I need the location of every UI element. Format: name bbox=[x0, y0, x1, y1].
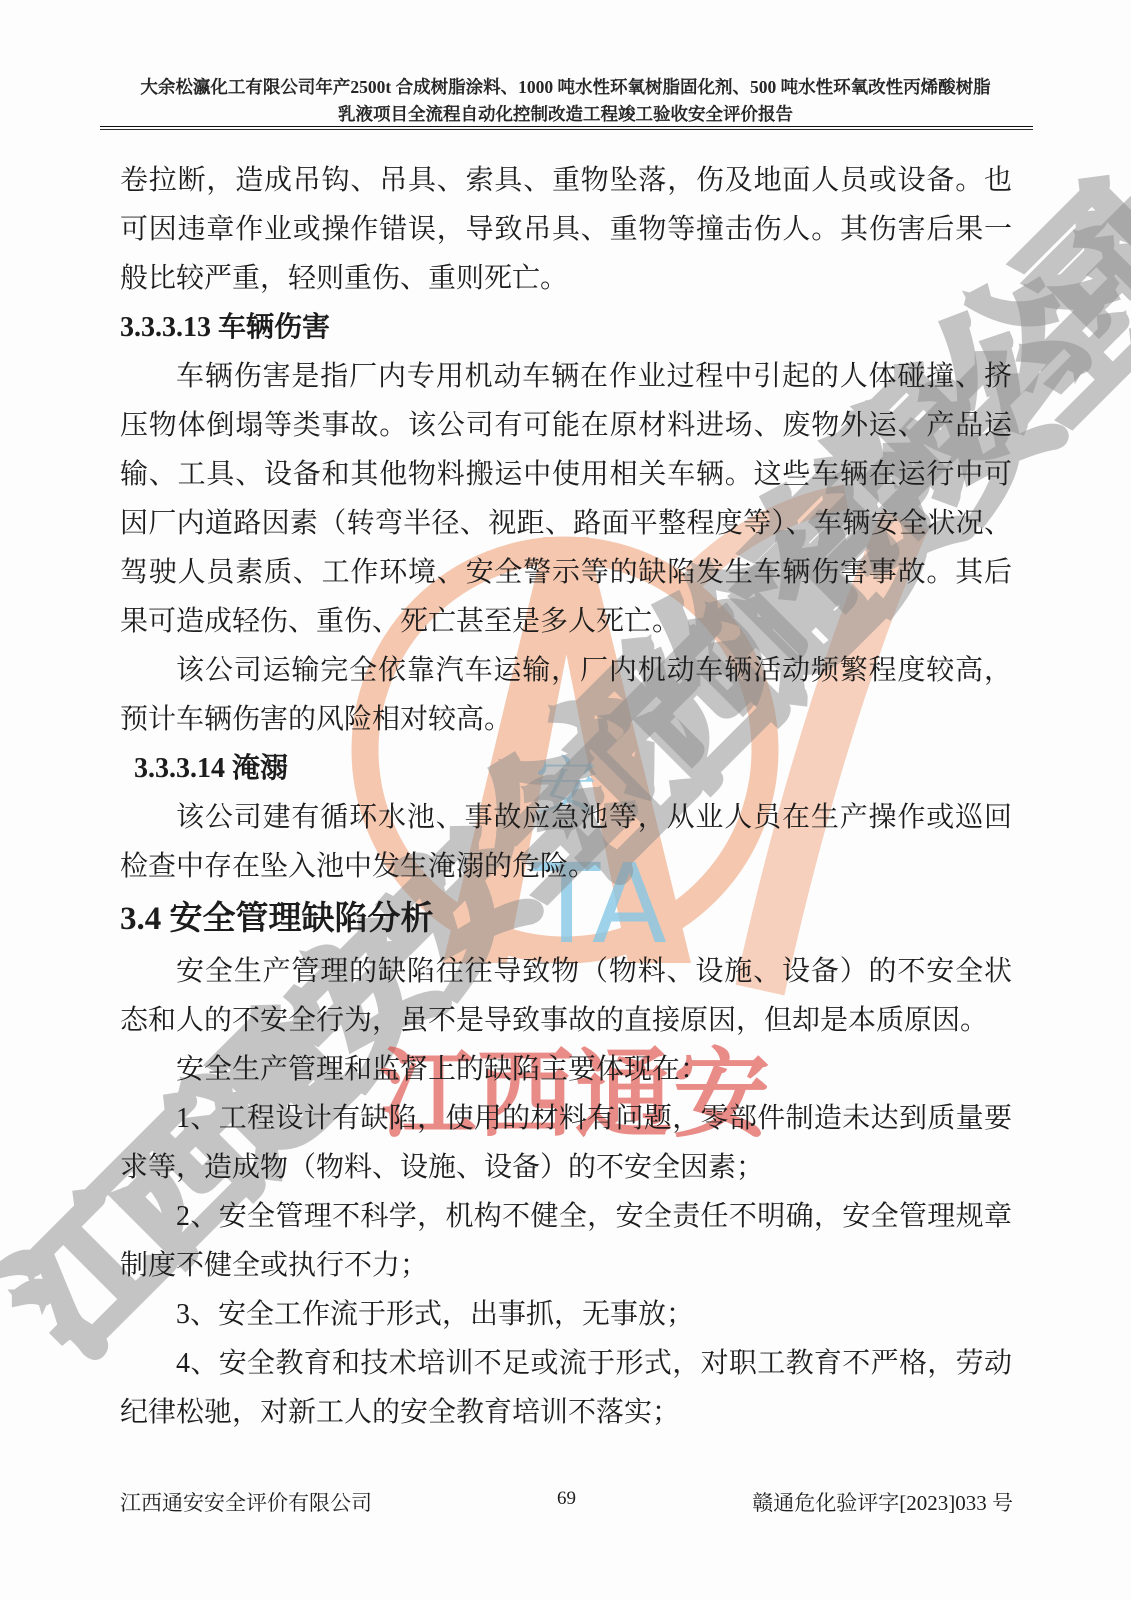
section-heading-safety-management: 3.4 安全管理缺陷分析 bbox=[120, 891, 1012, 947]
body-paragraph: 2、安全管理不科学，机构不健全，安全责任不明确，安全管理规章制度不健全或执行不力… bbox=[120, 1192, 1012, 1290]
header-title-line2: 乳液项目全流程自动化控制改造工程竣工验收安全评价报告 bbox=[80, 101, 1051, 128]
body-paragraph: 安全生产管理和监督上的缺陷主要体现在： bbox=[120, 1045, 1012, 1094]
body-paragraph: 该公司运输完全依靠汽车运输，厂内机动车辆活动频繁程度较高，预计车辆伤害的风险相对… bbox=[120, 646, 1012, 744]
header-divider bbox=[100, 126, 1033, 130]
body-paragraph: 3、安全工作流于形式，出事抓，无事放； bbox=[120, 1290, 1012, 1339]
body-paragraph: 卷拉断，造成吊钩、吊具、索具、重物坠落，伤及地面人员或设备。也可因违章作业或操作… bbox=[120, 156, 1012, 303]
body-paragraph: 安全生产管理的缺陷往往导致物（物料、设施、设备）的不安全状态和人的不安全行为，虽… bbox=[120, 947, 1012, 1045]
body-paragraph: 4、安全教育和技术培训不足或流于形式，对职工教育不严格，劳动纪律松驰，对新工人的… bbox=[120, 1339, 1012, 1437]
report-page: 安 TA 江西通安安全评价有限公司 江西通安安全评价有限公司 江西通安 大余松瀛… bbox=[0, 0, 1131, 1600]
section-heading-drowning: 3.3.3.14 淹溺 bbox=[120, 744, 1012, 793]
footer-doc-number: 赣通危化验评字[2023]033 号 bbox=[752, 1487, 1013, 1517]
header-title-line1: 大余松瀛化工有限公司年产2500t 合成树脂涂料、1000 吨水性环氧树脂固化剂… bbox=[80, 74, 1051, 101]
body-paragraph: 该公司建有循环水池、事故应急池等，从业人员在生产操作或巡回检查中存在坠入池中发生… bbox=[120, 793, 1012, 891]
body-paragraph: 1、工程设计有缺陷，使用的材料有问题，零部件制造未达到质量要求等，造成物（物料、… bbox=[120, 1094, 1012, 1192]
page-header: 大余松瀛化工有限公司年产2500t 合成树脂涂料、1000 吨水性环氧树脂固化剂… bbox=[80, 74, 1051, 128]
document-body: 卷拉断，造成吊钩、吊具、索具、重物坠落，伤及地面人员或设备。也可因违章作业或操作… bbox=[120, 156, 1012, 1437]
section-heading-vehicle-injury: 3.3.3.13 车辆伤害 bbox=[120, 303, 1012, 352]
body-paragraph: 车辆伤害是指厂内专用机动车辆在作业过程中引起的人体碰撞、挤压物体倒塌等类事故。该… bbox=[120, 352, 1012, 646]
